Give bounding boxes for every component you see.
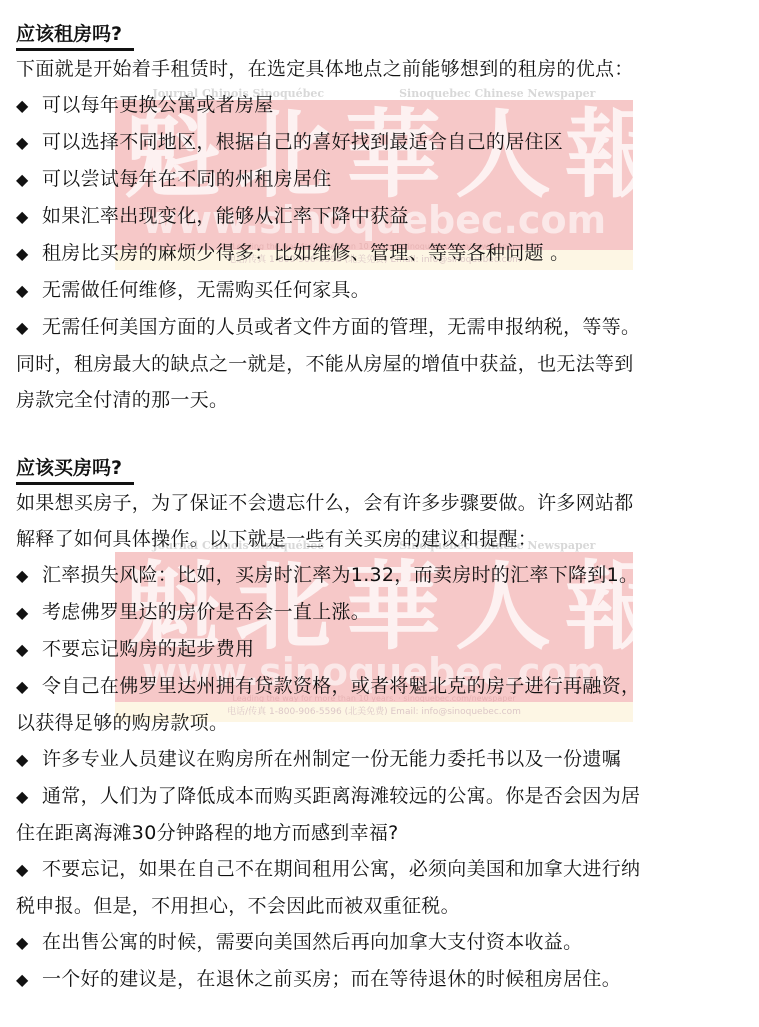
diamond-bullet-icon: ◆ (16, 632, 42, 668)
list-item-continuation: 住在距离海滩30分钟路程的地方而感到幸福? (16, 815, 746, 851)
diamond-bullet-icon: ◆ (16, 199, 42, 235)
list-item: ◆不要忘记，如果在自己不在期间租用公寓，必须向美国和加拿大进行纳 (16, 851, 746, 888)
list-item-text: 无需做任何维修，无需购买任何家具。 (42, 279, 370, 301)
list-item: ◆在出售公寓的时候，需要向美国然后再向加拿大支付资本收益。 (16, 924, 746, 961)
buy-section-heading: 应该买房吗? (16, 454, 134, 485)
diamond-bullet-icon: ◆ (16, 558, 42, 594)
diamond-bullet-icon: ◆ (16, 669, 42, 705)
list-item: ◆一个好的建议是，在退休之前买房；而在等待退休的时候租房居住。 (16, 961, 746, 998)
list-item-text: 可以选择不同地区，根据自己的喜好找到最适合自己的居住区 (42, 131, 563, 153)
list-item-text: 考虑佛罗里达的房价是否会一直上涨。 (42, 601, 370, 623)
diamond-bullet-icon: ◆ (16, 273, 42, 309)
diamond-bullet-icon: ◆ (16, 779, 42, 815)
buy-section: 应该买房吗? 如果想买房子，为了保证不会遗忘什么，会有许多步骤要做。许多网站都 … (16, 454, 746, 998)
list-item-text: 许多专业人员建议在购房所在州制定一份无能力委托书以及一份遗嘱 (42, 748, 621, 770)
list-item-continuation: 税申报。但是，不用担心，不会因此而被双重征税。 (16, 888, 746, 924)
diamond-bullet-icon: ◆ (16, 162, 42, 198)
list-item: ◆不要忘记购房的起步费用 (16, 631, 746, 668)
rent-closing-line: 房款完全付清的那一天。 (16, 382, 746, 418)
list-item: ◆许多专业人员建议在购房所在州制定一份无能力委托书以及一份遗嘱 (16, 741, 746, 778)
section-spacer (16, 418, 746, 454)
list-item: ◆可以选择不同地区，根据自己的喜好找到最适合自己的居住区 (16, 124, 746, 161)
list-item: ◆如果汇率出现变化，能够从汇率下降中获益 (16, 198, 746, 235)
rent-intro: 下面就是开始着手租赁时，在选定具体地点之前能够想到的租房的优点： (16, 51, 746, 87)
diamond-bullet-icon: ◆ (16, 310, 42, 346)
article-body: 应该租房吗? 下面就是开始着手租赁时，在选定具体地点之前能够想到的租房的优点： … (16, 20, 746, 998)
diamond-bullet-icon: ◆ (16, 125, 42, 161)
list-item-text: 不要忘记购房的起步费用 (42, 638, 254, 660)
list-item: ◆无需做任何维修，无需购买任何家具。 (16, 272, 746, 309)
diamond-bullet-icon: ◆ (16, 925, 42, 961)
list-item-continuation: 以获得足够的购房款项。 (16, 705, 746, 741)
list-item: ◆汇率损失风险：比如，买房时汇率为1.32，而卖房时的汇率下降到1。 (16, 557, 746, 594)
diamond-bullet-icon: ◆ (16, 88, 42, 124)
list-item-text: 令自己在佛罗里达州拥有贷款资格，或者将魁北克的房子进行再融资， (42, 675, 640, 697)
list-item-text: 如果汇率出现变化，能够从汇率下降中获益 (42, 205, 409, 227)
list-item-text: 不要忘记，如果在自己不在期间租用公寓，必须向美国和加拿大进行纳 (42, 858, 640, 880)
list-item: ◆令自己在佛罗里达州拥有贷款资格，或者将魁北克的房子进行再融资， (16, 668, 746, 705)
list-item-text: 在出售公寓的时候，需要向美国然后再向加拿大支付资本收益。 (42, 931, 582, 953)
rent-section: 应该租房吗? 下面就是开始着手租赁时，在选定具体地点之前能够想到的租房的优点： … (16, 20, 746, 418)
diamond-bullet-icon: ◆ (16, 236, 42, 272)
diamond-bullet-icon: ◆ (16, 595, 42, 631)
list-item-text: 通常，人们为了降低成本而购买距离海滩较远的公寓。你是否会因为居 (42, 785, 640, 807)
diamond-bullet-icon: ◆ (16, 962, 42, 998)
list-item: ◆考虑佛罗里达的房价是否会一直上涨。 (16, 594, 746, 631)
diamond-bullet-icon: ◆ (16, 742, 42, 778)
buy-intro-line: 解释了如何具体操作。以下就是一些有关买房的建议和提醒： (16, 521, 746, 557)
list-item-text: 租房比买房的麻烦少得多：比如维修、管理、等等各种问题 。 (42, 242, 569, 264)
list-item-text: 一个好的建议是，在退休之前买房；而在等待退休的时候租房居住。 (42, 968, 621, 990)
list-item-text: 可以每年更换公寓或者房屋 (42, 94, 274, 116)
list-item-text: 汇率损失风险：比如，买房时汇率为1.32，而卖房时的汇率下降到1。 (42, 564, 638, 586)
list-item: ◆可以每年更换公寓或者房屋 (16, 87, 746, 124)
diamond-bullet-icon: ◆ (16, 852, 42, 888)
list-item: ◆无需任何美国方面的人员或者文件方面的管理，无需申报纳税，等等。 (16, 309, 746, 346)
rent-closing-line: 同时，租房最大的缺点之一就是，不能从房屋的增值中获益，也无法等到 (16, 346, 746, 382)
list-item: ◆租房比买房的麻烦少得多：比如维修、管理、等等各种问题 。 (16, 235, 746, 272)
list-item: ◆可以尝试每年在不同的州租房居住 (16, 161, 746, 198)
list-item-text: 无需任何美国方面的人员或者文件方面的管理，无需申报纳税，等等。 (42, 316, 640, 338)
list-item-text: 可以尝试每年在不同的州租房居住 (42, 168, 332, 190)
rent-section-heading: 应该租房吗? (16, 20, 134, 51)
buy-intro-line: 如果想买房子，为了保证不会遗忘什么，会有许多步骤要做。许多网站都 (16, 485, 746, 521)
list-item: ◆通常，人们为了降低成本而购买距离海滩较远的公寓。你是否会因为居 (16, 778, 746, 815)
